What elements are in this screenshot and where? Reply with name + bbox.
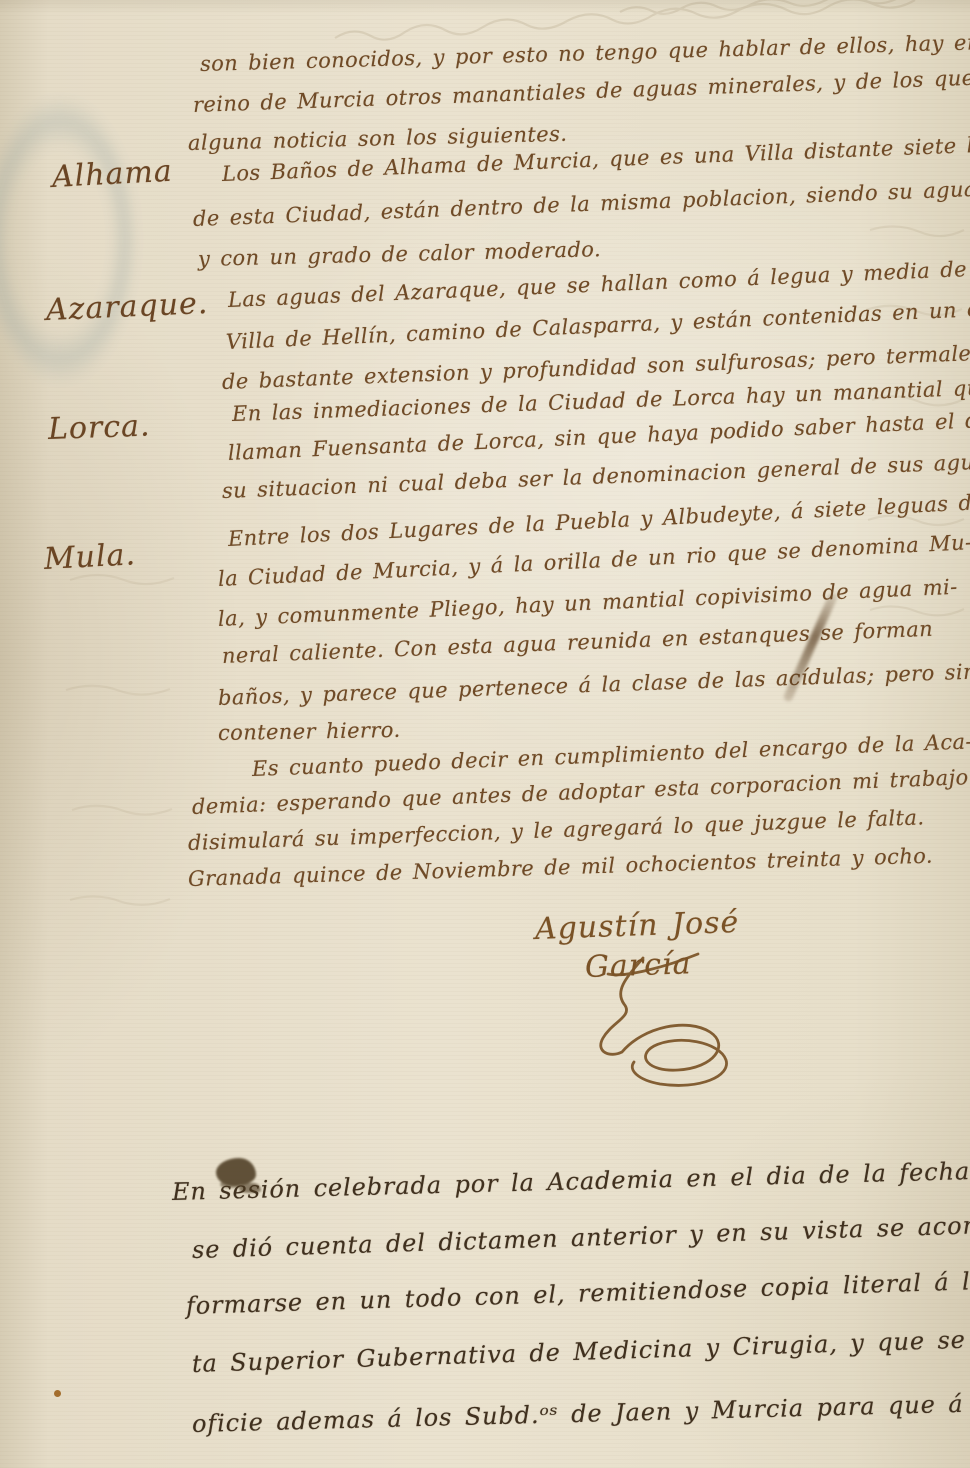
section-line: y con un grado de calor moderado.	[198, 237, 602, 271]
note-line: oficie ademas á los Subd.ᵒˢ de Jaen y Mu…	[192, 1390, 964, 1438]
margin-label-azaraque: Azaraque.	[45, 286, 209, 328]
note-line: ta Superior Gubernativa de Medicina y Ci…	[192, 1326, 967, 1378]
paper-seal-watermark	[0, 75, 150, 405]
margin-label-lorca: Lorca.	[47, 408, 151, 447]
paper-speck	[54, 1390, 61, 1397]
signature-rubric-flourish	[548, 952, 788, 1102]
signature-name-line1: Agustín José	[534, 905, 739, 947]
section-line: contener hierro.	[218, 718, 401, 745]
ink-blot	[216, 1158, 256, 1186]
note-line: se dió cuenta del dictamen anterior y en…	[192, 1208, 970, 1264]
note-line: formarse en un todo con el, remitiendose…	[186, 1265, 970, 1320]
margin-label-mula: Mula.	[43, 537, 137, 577]
section-line: baños, y parece que pertenece á la clase…	[218, 660, 970, 710]
note-line: En sesión celebrada por la Academia en e…	[172, 1157, 970, 1206]
manuscript-page: son bien conocidos, y por esto no tengo …	[0, 0, 970, 1468]
ink-bleed-through	[60, 560, 180, 920]
margin-label-alhama: Alhama	[51, 154, 173, 195]
